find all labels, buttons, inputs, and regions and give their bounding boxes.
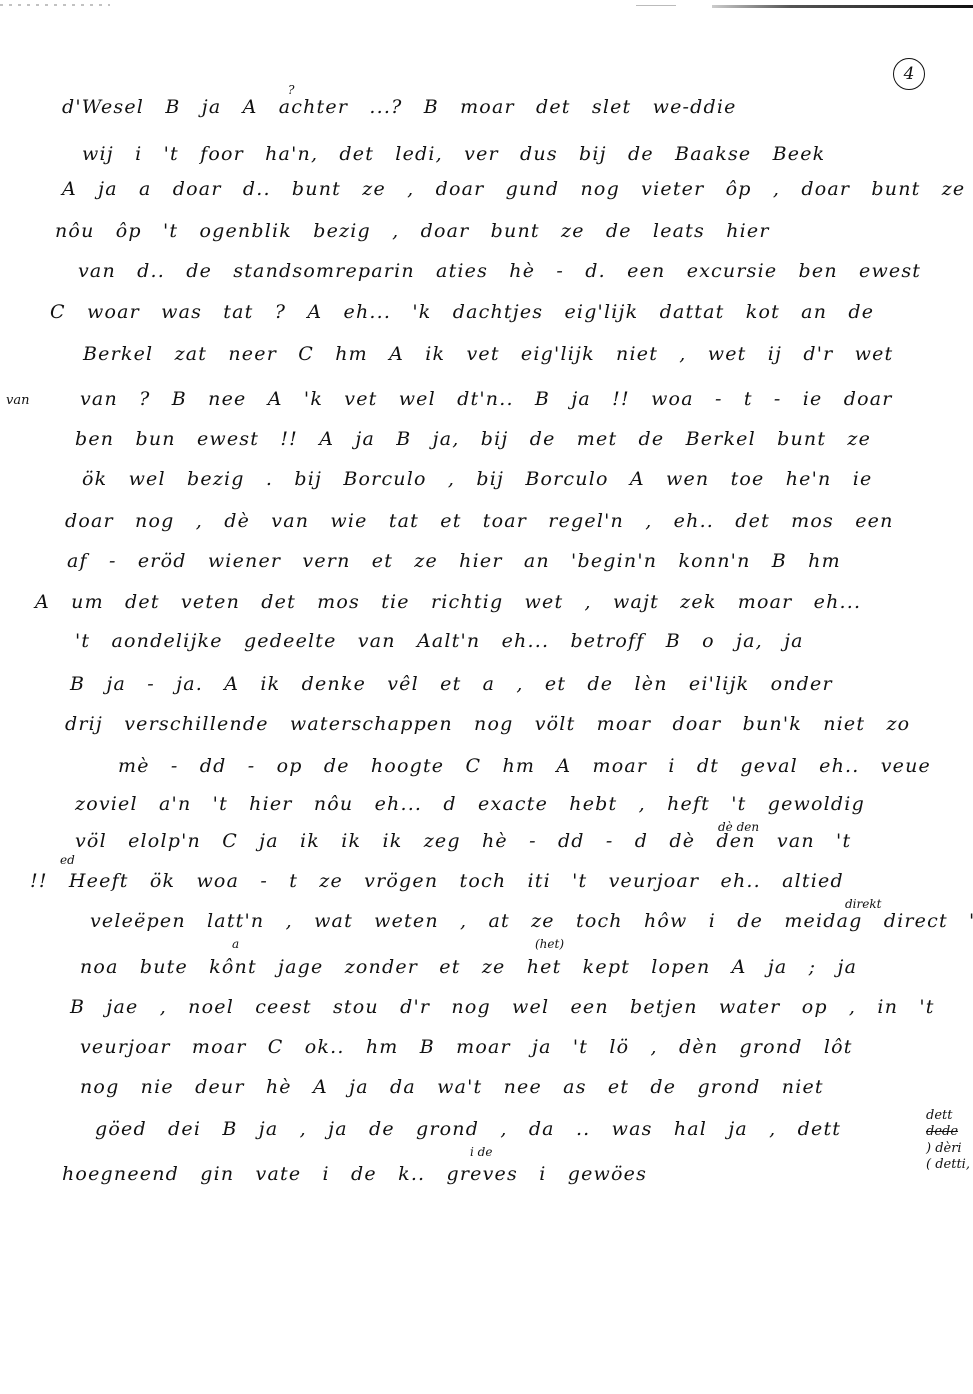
handwritten-line: hoegneend gin vate i de k.. greves i gew… <box>62 1165 647 1184</box>
handwritten-line: af - eröd wiener vern et ze hier an 'beg… <box>67 552 841 571</box>
handwritten-line: noa bute kônt jage zonder et ze het kept… <box>80 958 857 977</box>
handwritten-line: veurjoar moar C ok.. hm B moar ja 't lö … <box>80 1038 853 1057</box>
handwritten-line: nog nie deur hè A ja da wa't nee as et d… <box>80 1078 824 1097</box>
handwritten-line: d'Wesel B ja A achter ...? B moar det sl… <box>62 98 737 117</box>
handwritten-line: A ja a doar d.. bunt ze , doar gund nog … <box>62 180 965 199</box>
handwritten-line: van d.. de standsomreparin aties hè - d.… <box>78 262 921 281</box>
interlinear-note: ed <box>60 853 75 867</box>
scan-edge-bar <box>712 5 973 8</box>
handwritten-line: nôu ôp 't ogenblik bezig , doar bunt ze … <box>55 222 770 241</box>
handwritten-line: Berkel zat neer C hm A ik vet eig'lijk n… <box>83 345 893 364</box>
interlinear-note: dè den <box>718 820 759 834</box>
handwritten-line: A um det veten det mos tie richtig wet ,… <box>35 593 861 612</box>
handwritten-line: doar nog , dè van wie tat et toar regel'… <box>65 512 894 531</box>
page-number: 4 <box>893 58 925 90</box>
handwritten-line: wij i 't foor ha'n, det ledi, ver dus bi… <box>82 145 825 164</box>
right-margin-notes: dettdede) dèri( detti, <box>926 1108 970 1173</box>
interlinear-note: a <box>232 937 239 951</box>
right-margin-note: dett <box>926 1108 970 1124</box>
right-margin-note: dede <box>926 1124 970 1140</box>
interlinear-note: (het) <box>535 937 564 951</box>
interlinear-note: ? <box>288 83 294 97</box>
handwritten-line: ben bun ewest !! A ja B ja, bij de met d… <box>75 430 871 449</box>
right-margin-note: ) dèri <box>926 1141 970 1157</box>
page-number-text: 4 <box>904 64 915 84</box>
scan-dots <box>0 4 110 6</box>
handwritten-line: drij verschillende waterschappen nog völ… <box>65 715 910 734</box>
handwritten-line: van ? B nee A 'k vet wel dt'n.. B ja !! … <box>80 390 893 409</box>
handwritten-line: völ elolp'n C ja ik ik ik zeg hè - dd - … <box>75 832 851 851</box>
handwritten-line: 't aondelijke gedeelte van Aalt'n eh... … <box>75 632 804 651</box>
interlinear-note: i de <box>470 1145 492 1159</box>
handwritten-line: ök wel bezig . bij Borculo , bij Borculo… <box>82 470 872 489</box>
handwritten-line: veleëpen latt'n , wat weten , at ze toch… <box>90 912 973 931</box>
handwritten-line: göed dei B ja , ja de grond , da .. was … <box>95 1120 841 1139</box>
handwritten-line: C woar was tat ? A eh... 'k dachtjes eig… <box>50 303 874 322</box>
interlinear-note: direkt <box>845 897 881 911</box>
right-margin-note: ( detti, <box>926 1157 970 1173</box>
scan-bar <box>636 5 676 6</box>
handwritten-line: mè - dd - op de hoogte C hm A moar i dt … <box>118 757 931 776</box>
handwritten-line: zoviel a'n 't hier nôu eh... d exacte he… <box>75 795 865 814</box>
handwritten-line: B jae , noel ceest stou d'r nog wel een … <box>70 998 935 1017</box>
handwritten-line: !! Heeft ök woa - t ze vrögen toch iti '… <box>30 872 844 891</box>
handwritten-line: B ja - ja. A ik denke vêl et a , et de l… <box>70 675 833 694</box>
left-margin-note: van <box>6 393 29 409</box>
scan-artifact-top <box>0 3 973 9</box>
